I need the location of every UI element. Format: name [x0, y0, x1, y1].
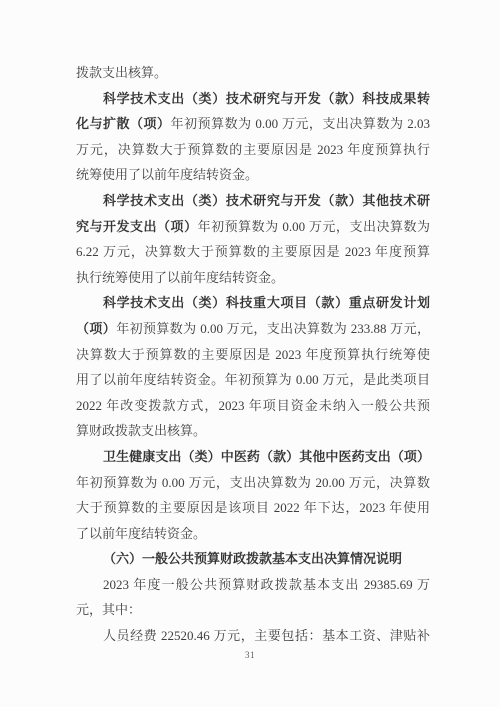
bold-text-segment: 究与开发支出（项） — [76, 219, 198, 234]
text-segment: 算财政拨款支出核算。 — [76, 423, 206, 438]
text-line: 6.22 万元，决算数大于预算数的主要原因是 2023 年度预算 — [76, 239, 430, 265]
text-line: （项）年初预算数为 0.00 万元，支出决算数为 233.88 万元， — [76, 316, 430, 342]
bold-text-segment: 科学技术支出（类）科技重大项目（款）重点研发计划 — [103, 295, 430, 310]
text-line: 执行统筹使用了以前年度结转资金。 — [76, 265, 430, 291]
text-line: 决算数大于预算数的主要原因是 2023 年度预算执行统筹使 — [76, 342, 430, 368]
text-line: 用了以前年度结转资金。年初预算为 0.00 万元，是此类项目 — [76, 367, 430, 393]
text-segment: 用了以前年度结转资金。年初预算为 0.00 万元，是此类项目 — [76, 372, 430, 387]
bold-text-segment: （六）一般公共预算财政拨款基本支出决算情况说明 — [103, 551, 402, 566]
text-line: 科学技术支出（类）科技重大项目（款）重点研发计划 — [76, 290, 430, 316]
text-segment: 年初预算数为 0.00 万元，支出决算数为 233.88 万元， — [116, 321, 430, 336]
text-segment: 执行统筹使用了以前年度结转资金。 — [76, 270, 284, 285]
text-line: 2022 年改变拨款方式，2023 年项目资金未纳入一般公共预 — [76, 393, 430, 419]
text-segment: 统筹使用了以前年度结转资金。 — [76, 167, 258, 182]
bold-text-segment: 化与扩散（项） — [76, 116, 171, 131]
text-line: 究与开发支出（项）年初预算数为 0.00 万元，支出决算数为 — [76, 214, 430, 240]
text-line: 化与扩散（项）年初预算数为 0.00 万元，支出决算数为 2.03 — [76, 111, 430, 137]
bold-text-segment: （项） — [76, 321, 116, 336]
text-segment: 拨款支出核算。 — [76, 65, 167, 80]
text-line: 了以前年度结转资金。 — [76, 521, 430, 547]
text-line: （六）一般公共预算财政拨款基本支出决算情况说明 — [76, 546, 430, 572]
text-segment: 大于预算数的主要原因是该项目 2022 年下达，2023 年使用 — [76, 500, 430, 515]
text-line: 拨款支出核算。 — [76, 60, 430, 86]
text-line: 科学技术支出（类）技术研究与开发（款）科技成果转 — [76, 86, 430, 112]
text-segment: 年初预算数为 0.00 万元，支出决算数为 2.03 — [171, 116, 430, 131]
text-line: 年初预算数为 0.00 万元，支出决算数为 20.00 万元，决算数 — [76, 470, 430, 496]
document-page: 拨款支出核算。科学技术支出（类）技术研究与开发（款）科技成果转化与扩散（项）年初… — [0, 0, 500, 707]
text-segment: 人员经费 22520.46 万元，主要包括：基本工资、津贴补 — [103, 628, 430, 643]
text-line: 2023 年度一般公共预算财政拨款基本支出 29385.69 万 — [76, 572, 430, 598]
text-line: 大于预算数的主要原因是该项目 2022 年下达，2023 年使用 — [76, 495, 430, 521]
text-segment: 2023 年度一般公共预算财政拨款基本支出 29385.69 万 — [103, 577, 430, 592]
bold-text-segment: 卫生健康支出（类）中医药（款）其他中医药支出（项） — [103, 449, 430, 464]
text-line: 算财政拨款支出核算。 — [76, 418, 430, 444]
document-body: 拨款支出核算。科学技术支出（类）技术研究与开发（款）科技成果转化与扩散（项）年初… — [76, 60, 430, 649]
bold-text-segment: 科学技术支出（类）技术研究与开发（款）科技成果转 — [103, 91, 430, 106]
text-line: 科学技术支出（类）技术研究与开发（款）其他技术研 — [76, 188, 430, 214]
text-segment: 2022 年改变拨款方式，2023 年项目资金未纳入一般公共预 — [76, 398, 430, 413]
bold-text-segment: 科学技术支出（类）技术研究与开发（款）其他技术研 — [103, 193, 430, 208]
text-line: 元，其中： — [76, 597, 430, 623]
text-line: 万元，决算数大于预算数的主要原因是 2023 年度预算执行 — [76, 137, 430, 163]
text-segment: 决算数大于预算数的主要原因是 2023 年度预算执行统筹使 — [76, 347, 430, 362]
text-line: 统筹使用了以前年度结转资金。 — [76, 162, 430, 188]
text-line: 卫生健康支出（类）中医药（款）其他中医药支出（项） — [76, 444, 430, 470]
text-segment: 了以前年度结转资金。 — [76, 526, 206, 541]
text-segment: 万元，决算数大于预算数的主要原因是 2023 年度预算执行 — [76, 142, 430, 157]
text-segment: 年初预算数为 0.00 万元，支出决算数为 — [198, 219, 430, 234]
text-segment: 年初预算数为 0.00 万元，支出决算数为 20.00 万元，决算数 — [76, 475, 430, 490]
text-segment: 6.22 万元，决算数大于预算数的主要原因是 2023 年度预算 — [76, 244, 430, 259]
text-segment: 元，其中： — [76, 602, 141, 617]
page-number: 31 — [0, 650, 500, 660]
text-line: 人员经费 22520.46 万元，主要包括：基本工资、津贴补 — [76, 623, 430, 649]
